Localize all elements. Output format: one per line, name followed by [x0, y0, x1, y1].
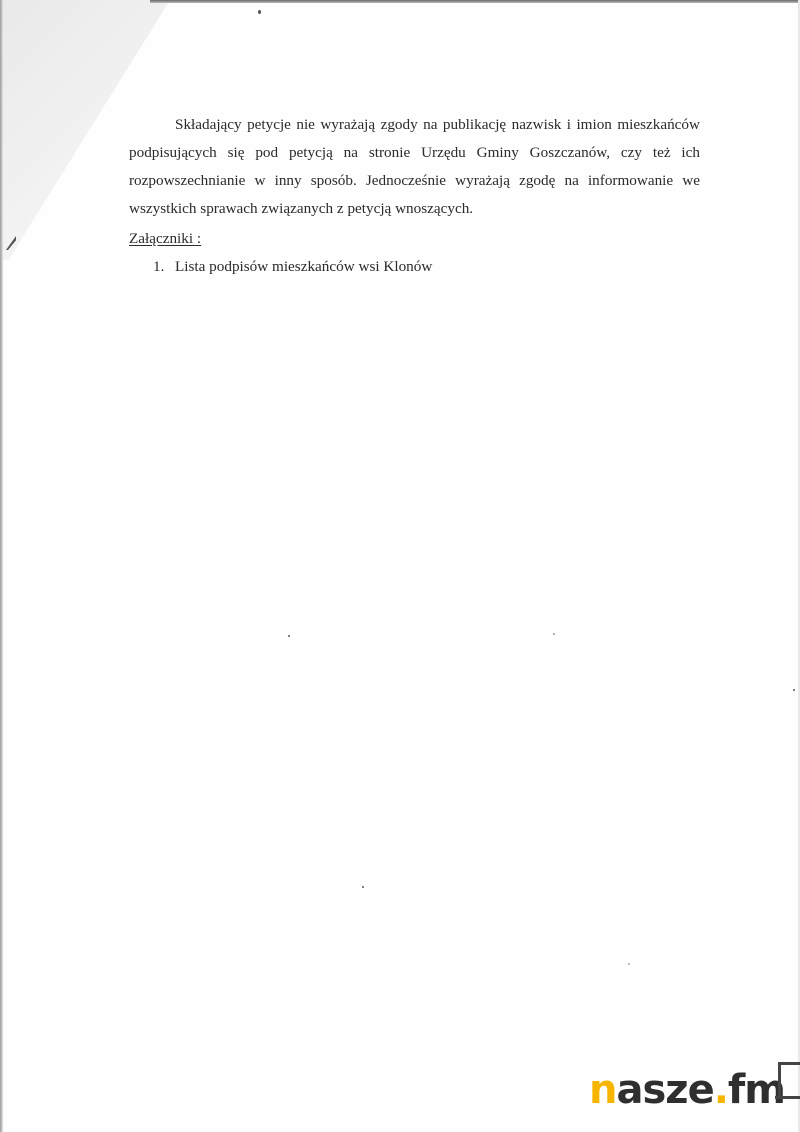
scan-left-edge [0, 0, 3, 1132]
scan-speck [553, 633, 555, 635]
scan-speck [362, 886, 364, 888]
attachments-list: 1. Lista podpisów mieszkańców wsi Klonów [153, 258, 432, 276]
scan-speck [258, 10, 261, 14]
attachment-text: Lista podpisów mieszkańców wsi Klonów [175, 258, 432, 276]
logo-text-mid: asze [616, 1067, 713, 1113]
scan-speck [288, 635, 290, 637]
attachments-heading: Załączniki : [129, 230, 201, 248]
scan-speck [628, 963, 630, 965]
consent-paragraph: Składający petycje nie wyrażają zgody na… [129, 111, 700, 223]
attachment-number: 1. [153, 258, 175, 276]
attachment-item: 1. Lista podpisów mieszkańców wsi Klonów [153, 258, 432, 276]
logo-text-end: fm [728, 1067, 785, 1113]
nasze-fm-logo: nasze.fm [589, 1070, 785, 1110]
logo-dot: . [714, 1067, 728, 1113]
scan-speck [793, 689, 795, 691]
scan-top-edge [150, 0, 800, 3]
logo-accent-letter: n [589, 1067, 616, 1113]
logo-underline-decoration [775, 1096, 800, 1099]
scanned-page: Składający petycje nie wyrażają zgody na… [0, 0, 800, 1132]
